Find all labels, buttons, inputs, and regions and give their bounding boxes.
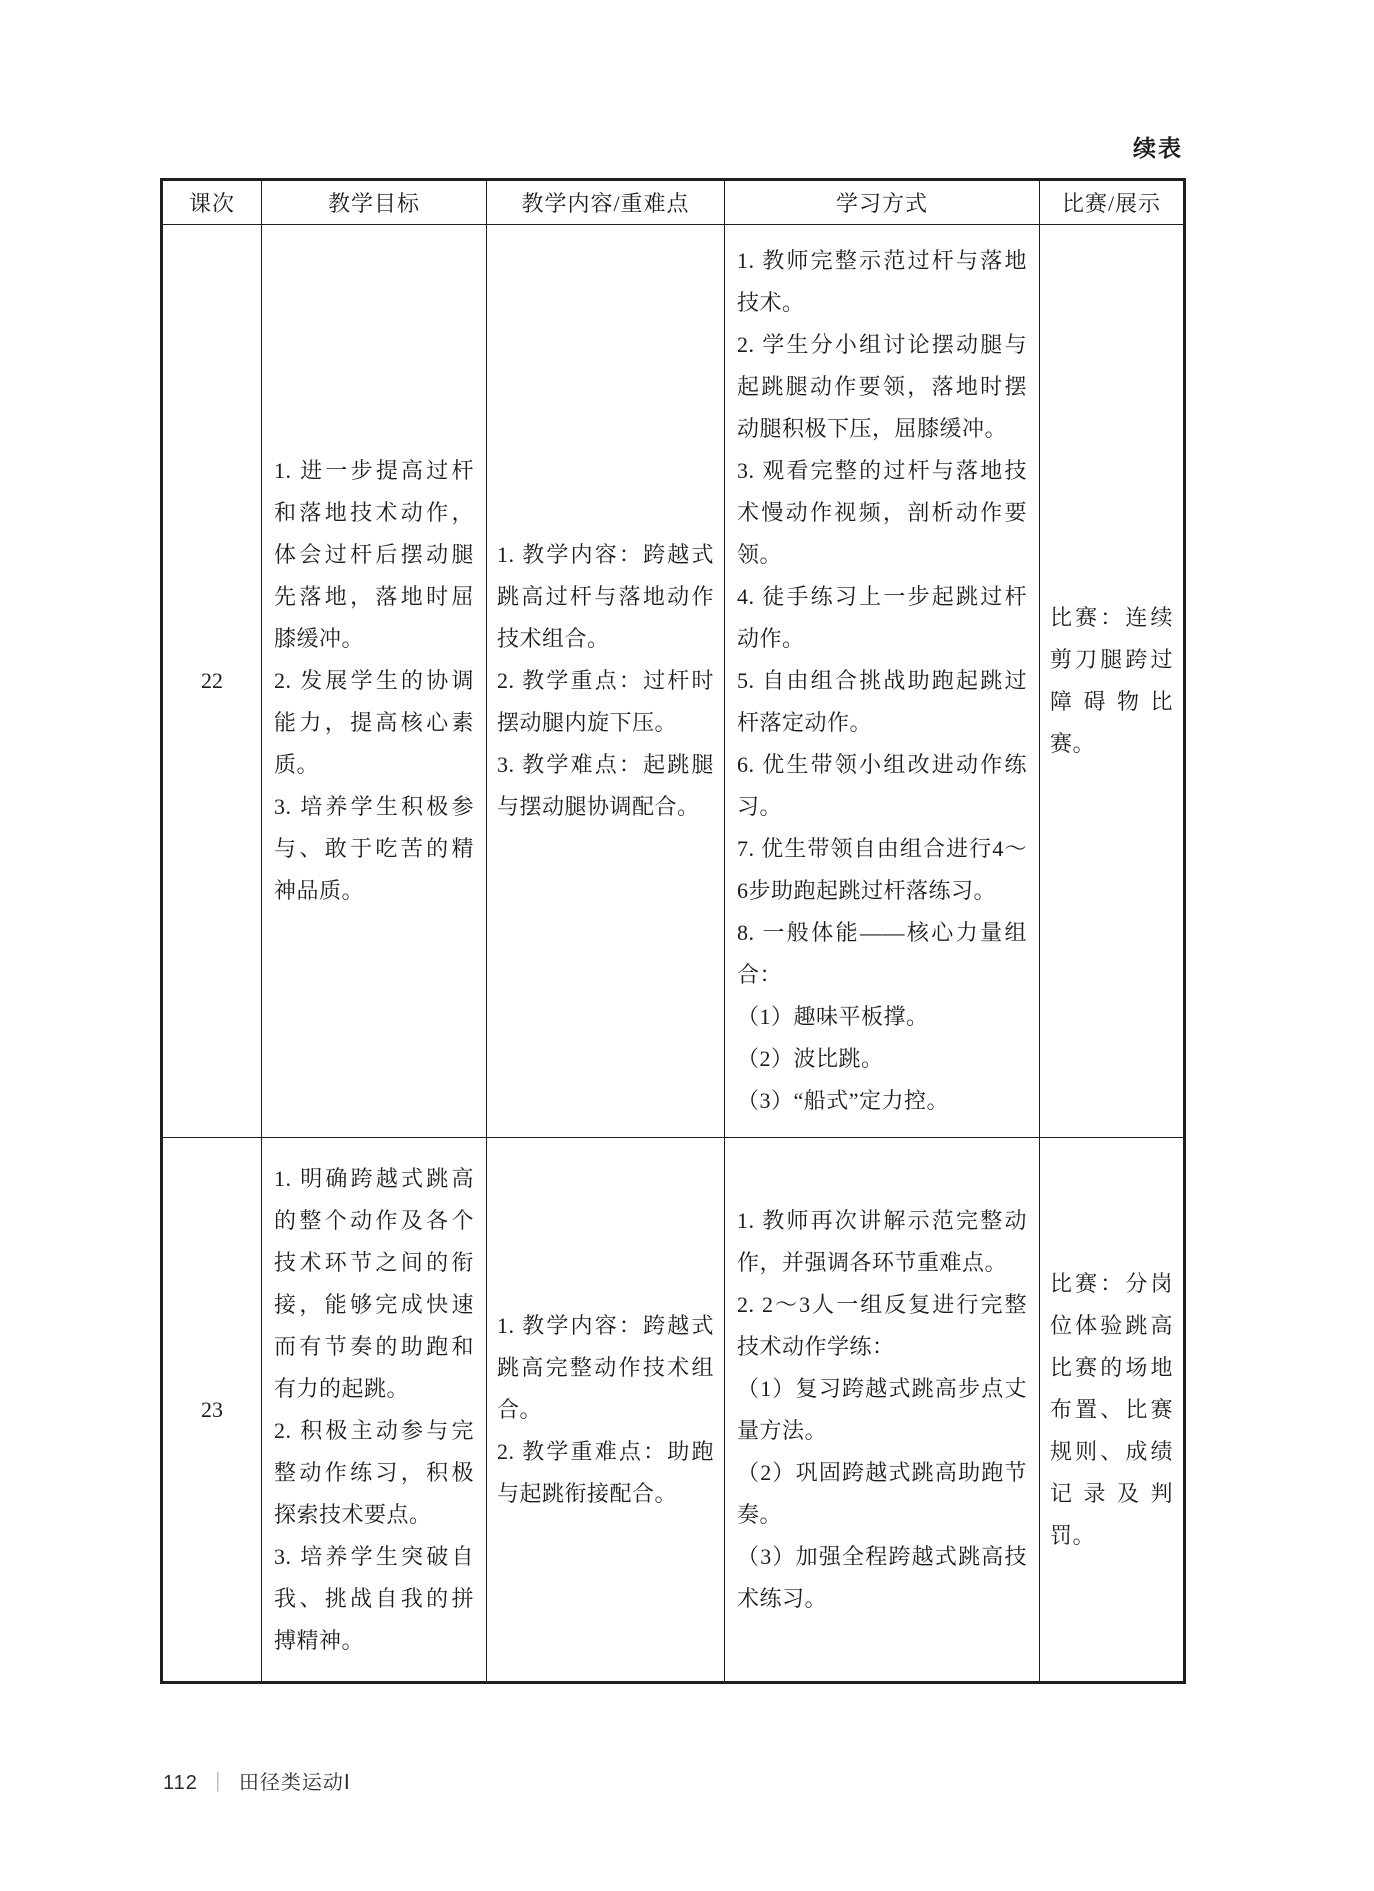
continuation-table-label: 续表 (160, 130, 1183, 163)
competition-display-cell: 比赛：分岗位体验跳高比赛的场地布置、比赛规则、成绩记录及判罚。 (1040, 1138, 1185, 1683)
content-keypoints-cell: 1. 教学内容：跨越式跳高过杆与落地动作技术组合。2. 教学重点：过杆时摆动腿内… (487, 225, 725, 1138)
cell-paragraph: 1. 教师完整示范过杆与落地技术。 (737, 240, 1027, 324)
cell-paragraph: 2. 教学重点：过杆时摆动腿内旋下压。 (497, 660, 714, 744)
lesson-number-cell: 23 (162, 1138, 262, 1683)
page-number: 112 (163, 1772, 198, 1794)
competition-display-cell: 比赛：连续剪刀腿跨过障碍物比赛。 (1040, 225, 1185, 1138)
cell-paragraph: 2. 发展学生的协调能力，提高核心素质。 (274, 660, 474, 786)
table-row-lesson-23: 23 1. 明确跨越式跳高的整个动作及各个技术环节之间的衔接，能够完成快速而有节… (162, 1138, 1185, 1683)
column-header-competition: 比赛/展示 (1040, 180, 1185, 225)
table-row-lesson-22: 22 1. 进一步提高过杆和落地技术动作，体会过杆后摆动腿先落地，落地时屈膝缓冲… (162, 225, 1185, 1138)
cell-paragraph: 1. 明确跨越式跳高的整个动作及各个技术环节之间的衔接，能够完成快速而有节奏的助… (274, 1158, 474, 1410)
cell-paragraph: 4. 徒手练习上一步起跳过杆动作。 (737, 576, 1027, 660)
learning-methods-cell: 1. 教师完整示范过杆与落地技术。2. 学生分小组讨论摆动腿与起跳腿动作要领，落… (725, 225, 1040, 1138)
cell-paragraph: 2. 学生分小组讨论摆动腿与起跳腿动作要领，落地时摆动腿积极下压，屈膝缓冲。 (737, 324, 1027, 450)
learning-methods-cell: 1. 教师再次讲解示范完整动作，并强调各环节重难点。2. 2～3人一组反复进行完… (725, 1138, 1040, 1683)
cell-paragraph: 3. 培养学生突破自我、挑战自我的拼搏精神。 (274, 1536, 474, 1662)
lesson-number-cell: 22 (162, 225, 262, 1138)
content-keypoints-cell: 1. 教学内容：跨越式跳高完整动作技术组合。2. 教学重难点：助跑与起跳衔接配合… (487, 1138, 725, 1683)
cell-paragraph: 8. 一般体能——核心力量组合： (737, 912, 1027, 996)
cell-paragraph: 6. 优生带领小组改进动作练习。 (737, 744, 1027, 828)
cell-paragraph: 5. 自由组合挑战助跑起跳过杆落定动作。 (737, 660, 1027, 744)
cell-paragraph: （3）加强全程跨越式跳高技术练习。 (737, 1536, 1027, 1620)
cell-paragraph: （1）趣味平板撑。 (737, 996, 1027, 1038)
cell-paragraph: 1. 进一步提高过杆和落地技术动作，体会过杆后摆动腿先落地，落地时屈膝缓冲。 (274, 450, 474, 660)
cell-paragraph: 2. 积极主动参与完整动作练习，积极探索技术要点。 (274, 1410, 474, 1536)
cell-paragraph: 7. 优生带领自由组合进行4～6步助跑起跳过杆落练习。 (737, 828, 1027, 912)
cell-paragraph: 3. 观看完整的过杆与落地技术慢动作视频，剖析动作要领。 (737, 450, 1027, 576)
table-header-row: 课次 教学目标 教学内容/重难点 学习方式 比赛/展示 (162, 180, 1185, 225)
book-title: 田径类运动Ⅰ (239, 1772, 351, 1794)
cell-paragraph: 比赛：连续剪刀腿跨过障碍物比赛。 (1050, 597, 1173, 765)
cell-paragraph: 1. 教师再次讲解示范完整动作，并强调各环节重难点。 (737, 1200, 1027, 1284)
objectives-cell: 1. 明确跨越式跳高的整个动作及各个技术环节之间的衔接，能够完成快速而有节奏的助… (262, 1138, 487, 1683)
cell-paragraph: 比赛：分岗位体验跳高比赛的场地布置、比赛规则、成绩记录及判罚。 (1050, 1263, 1173, 1557)
cell-paragraph: 3. 教学难点：起跳腿与摆动腿协调配合。 (497, 744, 714, 828)
cell-paragraph: （1）复习跨越式跳高步点丈量方法。 (737, 1368, 1027, 1452)
cell-paragraph: 3. 培养学生积极参与、敢于吃苦的精神品质。 (274, 786, 474, 912)
cell-paragraph: 1. 教学内容：跨越式跳高完整动作技术组合。 (497, 1305, 714, 1431)
lesson-plan-table: 课次 教学目标 教学内容/重难点 学习方式 比赛/展示 22 1. 进一步提高过… (160, 178, 1186, 1684)
objectives-cell: 1. 进一步提高过杆和落地技术动作，体会过杆后摆动腿先落地，落地时屈膝缓冲。2.… (262, 225, 487, 1138)
page-footer: 112｜田径类运动Ⅰ (163, 1766, 351, 1795)
column-header-objectives: 教学目标 (262, 180, 487, 225)
cell-paragraph: （2）巩固跨越式跳高助跑节奏。 (737, 1452, 1027, 1536)
cell-paragraph: 1. 教学内容：跨越式跳高过杆与落地动作技术组合。 (497, 534, 714, 660)
cell-paragraph: 2. 教学重难点：助跑与起跳衔接配合。 (497, 1431, 714, 1515)
column-header-content: 教学内容/重难点 (487, 180, 725, 225)
column-header-methods: 学习方式 (725, 180, 1040, 225)
book-page: 续表 课次 教学目标 教学内容/重难点 学习方式 比赛/展示 22 1. 进一步… (0, 0, 1374, 1891)
column-header-lesson: 课次 (162, 180, 262, 225)
cell-paragraph: 2. 2～3人一组反复进行完整技术动作学练： (737, 1284, 1027, 1368)
cell-paragraph: （2）波比跳。 (737, 1038, 1027, 1080)
footer-separator: ｜ (208, 1772, 229, 1794)
cell-paragraph: （3）“船式”定力控。 (737, 1080, 1027, 1122)
